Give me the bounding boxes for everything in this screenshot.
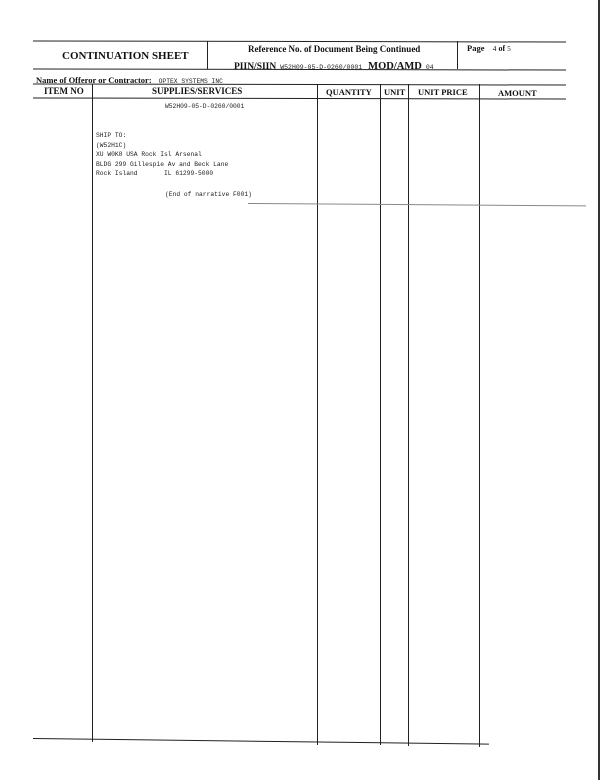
col-unit-price: UNIT PRICE [418,87,468,97]
narrative-separator [248,203,586,206]
page-current: 4 [493,44,497,53]
end-narrative: (End of narrative F001) [165,191,252,198]
col-divider-item [92,84,93,742]
body-reference: W52H09-05-D-0260/0001 [165,103,244,110]
ship-to-line: BLDG 299 Gillespie Av and Beck Lane [96,160,228,170]
mod-label: MOD/AMD [368,61,422,72]
reference-label: Reference No. of Document Being Continue… [248,44,420,54]
col-divider-unitprice [479,84,480,747]
column-header-bottom [33,97,566,99]
col-supplies-services: SUPPLIES/SERVICES [152,86,242,96]
page-indicator: Page 4 of 5 [467,43,511,53]
ship-to-block: SHIP TO: (W52H1C) XU W0K8 USA Rock Isl A… [96,131,228,179]
ship-to-line: SHIP TO: [96,131,228,141]
piin-label: PIIN/SIIN [234,62,276,72]
bottom-border [33,738,489,745]
col-item-no: ITEM NO [44,86,84,96]
ship-to-line: XU W0K8 USA Rock Isl Arsenal [96,150,228,160]
header-divider-2 [457,41,458,69]
ship-to-line: Rock Island IL 61299-5000 [96,169,228,179]
sheet-title: CONTINUATION SHEET [62,50,189,62]
col-unit: UNIT [384,87,405,97]
header-divider-1 [207,41,208,69]
col-divider-unit [408,84,409,746]
piin-row: PIIN/SIIN W52H09-05-D-0260/0001 MOD/AMD … [234,56,434,74]
col-quantity: QUANTITY [326,87,372,97]
col-divider-quantity [380,84,381,745]
page-total: 5 [507,45,511,53]
page-label: Page [467,43,484,53]
ship-to-line: (W52H1C) [96,141,228,151]
col-divider-supplies [317,84,318,745]
page-of: of [498,44,505,53]
col-amount: AMOUNT [498,88,537,98]
